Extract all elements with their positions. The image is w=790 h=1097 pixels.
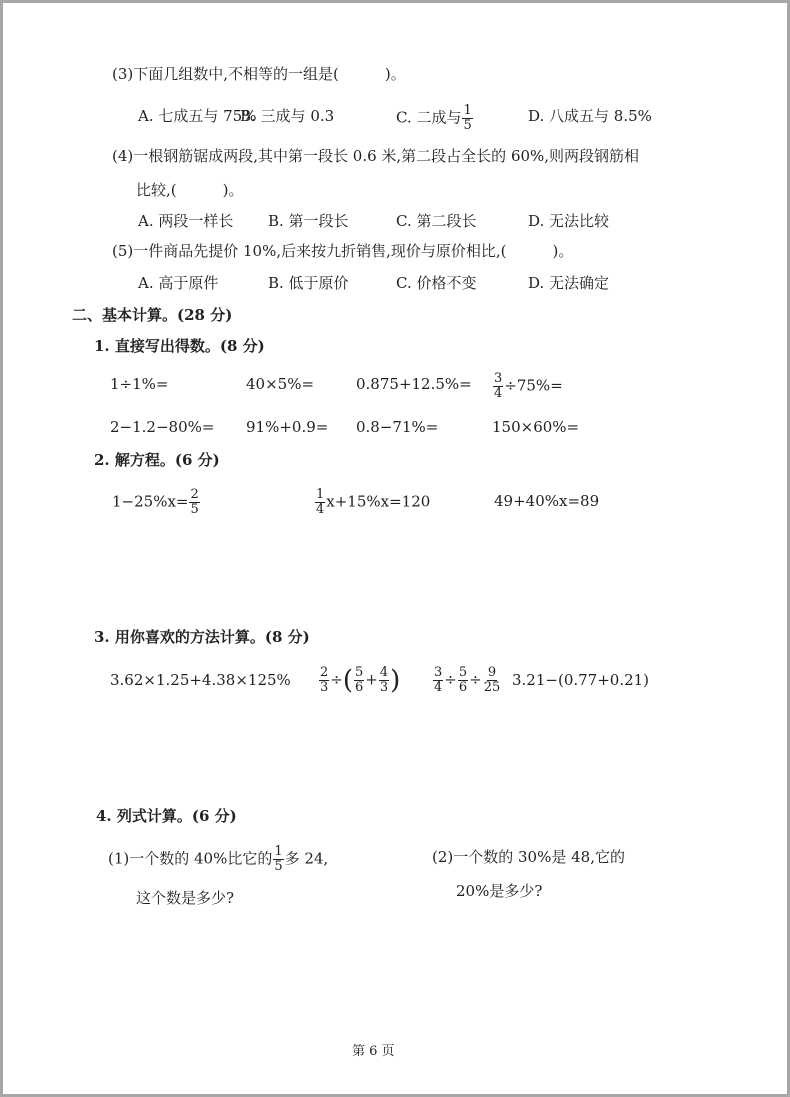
q3-stem-text: (3)下面几组数中,不相等的一组是(: [112, 65, 339, 83]
q4-stem-line2: 比较,()。: [136, 180, 243, 200]
word-problem-1-line2: 这个数是多少?: [136, 888, 234, 908]
problem-text: (1)一个数的 40%比它的: [108, 850, 272, 868]
q3-stem: (3)下面几组数中,不相等的一组是()。: [112, 64, 406, 84]
expression: 34÷56÷925: [432, 666, 502, 695]
fraction: 56: [354, 666, 364, 695]
fraction: 23: [319, 666, 329, 695]
denominator: 4: [315, 503, 325, 517]
numerator: 3: [433, 666, 443, 681]
denominator: 6: [458, 681, 468, 695]
q4-option-d: D. 无法比较: [528, 211, 609, 231]
calc-item: 150×60%=: [492, 417, 579, 437]
expression: 3.62×1.25+4.38×125%: [110, 670, 291, 690]
fraction: 925: [483, 666, 502, 695]
part2-title: 2. 解方程。(6 分): [94, 450, 220, 470]
q4-stem-text: 比较,(: [136, 181, 177, 199]
q4-stem-line1: (4)一根钢筋锯成两段,其中第一段长 0.6 米,第二段占全长的 60%,则两段…: [112, 146, 639, 166]
denominator: 3: [319, 681, 329, 695]
q5-stem-end: )。: [553, 242, 574, 260]
q5-option-a: A. 高于原件: [138, 273, 218, 293]
page-number: 第 6 页: [352, 1042, 395, 1062]
q5-stem: (5)一件商品先提价 10%,后来按九折销售,现价与原价相比,()。: [112, 241, 573, 261]
fraction: 15: [462, 104, 472, 133]
equation: 49+40%x=89: [494, 491, 599, 511]
denominator: 5: [273, 860, 283, 874]
calc-item: 1÷1%=: [110, 374, 168, 394]
operator: ÷: [469, 671, 482, 689]
fraction: 56: [458, 666, 468, 695]
q4-option-c: C. 第二段长: [396, 211, 476, 231]
paren-left: (: [343, 666, 353, 696]
q5-option-d: D. 无法确定: [528, 273, 609, 293]
problem-text: 多 24,: [285, 850, 329, 868]
expression: 23÷(56+43): [318, 666, 400, 695]
part3-title: 3. 用你喜欢的方法计算。(8 分): [94, 627, 310, 647]
word-problem-1: (1)一个数的 40%比它的15多 24,: [108, 845, 328, 874]
q3-option-c: C. 二成与15: [396, 104, 474, 133]
fraction: 34: [493, 372, 503, 401]
q3-option-c-text: C. 二成与: [396, 109, 461, 127]
numerator: 4: [379, 666, 389, 681]
denominator: 4: [493, 387, 503, 401]
calc-item: 40×5%=: [246, 374, 314, 394]
numerator: 1: [462, 104, 472, 119]
denominator: 6: [354, 681, 364, 695]
equation: 14x+15%x=120: [314, 488, 430, 517]
calc-item: 2−1.2−80%=: [110, 417, 214, 437]
q5-option-b: B. 低于原价: [268, 273, 349, 293]
operator: +: [365, 671, 378, 689]
denominator: 25: [483, 681, 502, 695]
q3-stem-end: )。: [385, 65, 406, 83]
calc-item: 91%+0.9=: [246, 417, 328, 437]
calc-item: 0.875+12.5%=: [356, 374, 472, 394]
part1-title: 1. 直接写出得数。(8 分): [94, 336, 265, 356]
denominator: 5: [189, 503, 199, 517]
operator: ÷: [330, 671, 343, 689]
numerator: 9: [487, 666, 497, 681]
fraction: 34: [433, 666, 443, 695]
equation: 1−25%x=25: [112, 488, 201, 517]
denominator: 3: [379, 681, 389, 695]
denominator: 4: [433, 681, 443, 695]
operator: ÷: [444, 671, 457, 689]
numerator: 2: [319, 666, 329, 681]
calc-item: 0.8−71%=: [356, 417, 438, 437]
numerator: 5: [458, 666, 468, 681]
numerator: 3: [493, 372, 503, 387]
word-problem-2-line2: 20%是多少?: [456, 881, 542, 901]
fraction: 25: [189, 488, 199, 517]
numerator: 1: [273, 845, 283, 860]
q3-option-b: B. 三成与 0.3: [240, 106, 334, 126]
expression: 3.21−(0.77+0.21): [512, 670, 649, 690]
section-title: 二、基本计算。(28 分): [72, 305, 232, 325]
denominator: 5: [462, 119, 472, 133]
calc-item: 34÷75%=: [492, 372, 563, 401]
paren-right: ): [390, 666, 400, 696]
q4-stem-end: )。: [223, 181, 244, 199]
fraction: 15: [273, 845, 283, 874]
q4-option-b: B. 第一段长: [268, 211, 349, 231]
q3-option-a: A. 七成五与 75%: [138, 106, 256, 126]
q3-option-d: D. 八成五与 8.5%: [528, 106, 652, 126]
fraction: 43: [379, 666, 389, 695]
q5-option-c: C. 价格不变: [396, 273, 476, 293]
fraction: 14: [315, 488, 325, 517]
equation-text: 1−25%x=: [112, 493, 188, 511]
word-problem-2: (2)一个数的 30%是 48,它的: [432, 847, 625, 867]
numerator: 1: [315, 488, 325, 503]
part4-title: 4. 列式计算。(6 分): [96, 806, 237, 826]
q5-stem-text: (5)一件商品先提价 10%,后来按九折销售,现价与原价相比,(: [112, 242, 507, 260]
numerator: 5: [354, 666, 364, 681]
calc-text: ÷75%=: [504, 377, 562, 395]
equation-text: x+15%x=120: [326, 493, 430, 511]
q4-option-a: A. 两段一样长: [138, 211, 233, 231]
numerator: 2: [189, 488, 199, 503]
